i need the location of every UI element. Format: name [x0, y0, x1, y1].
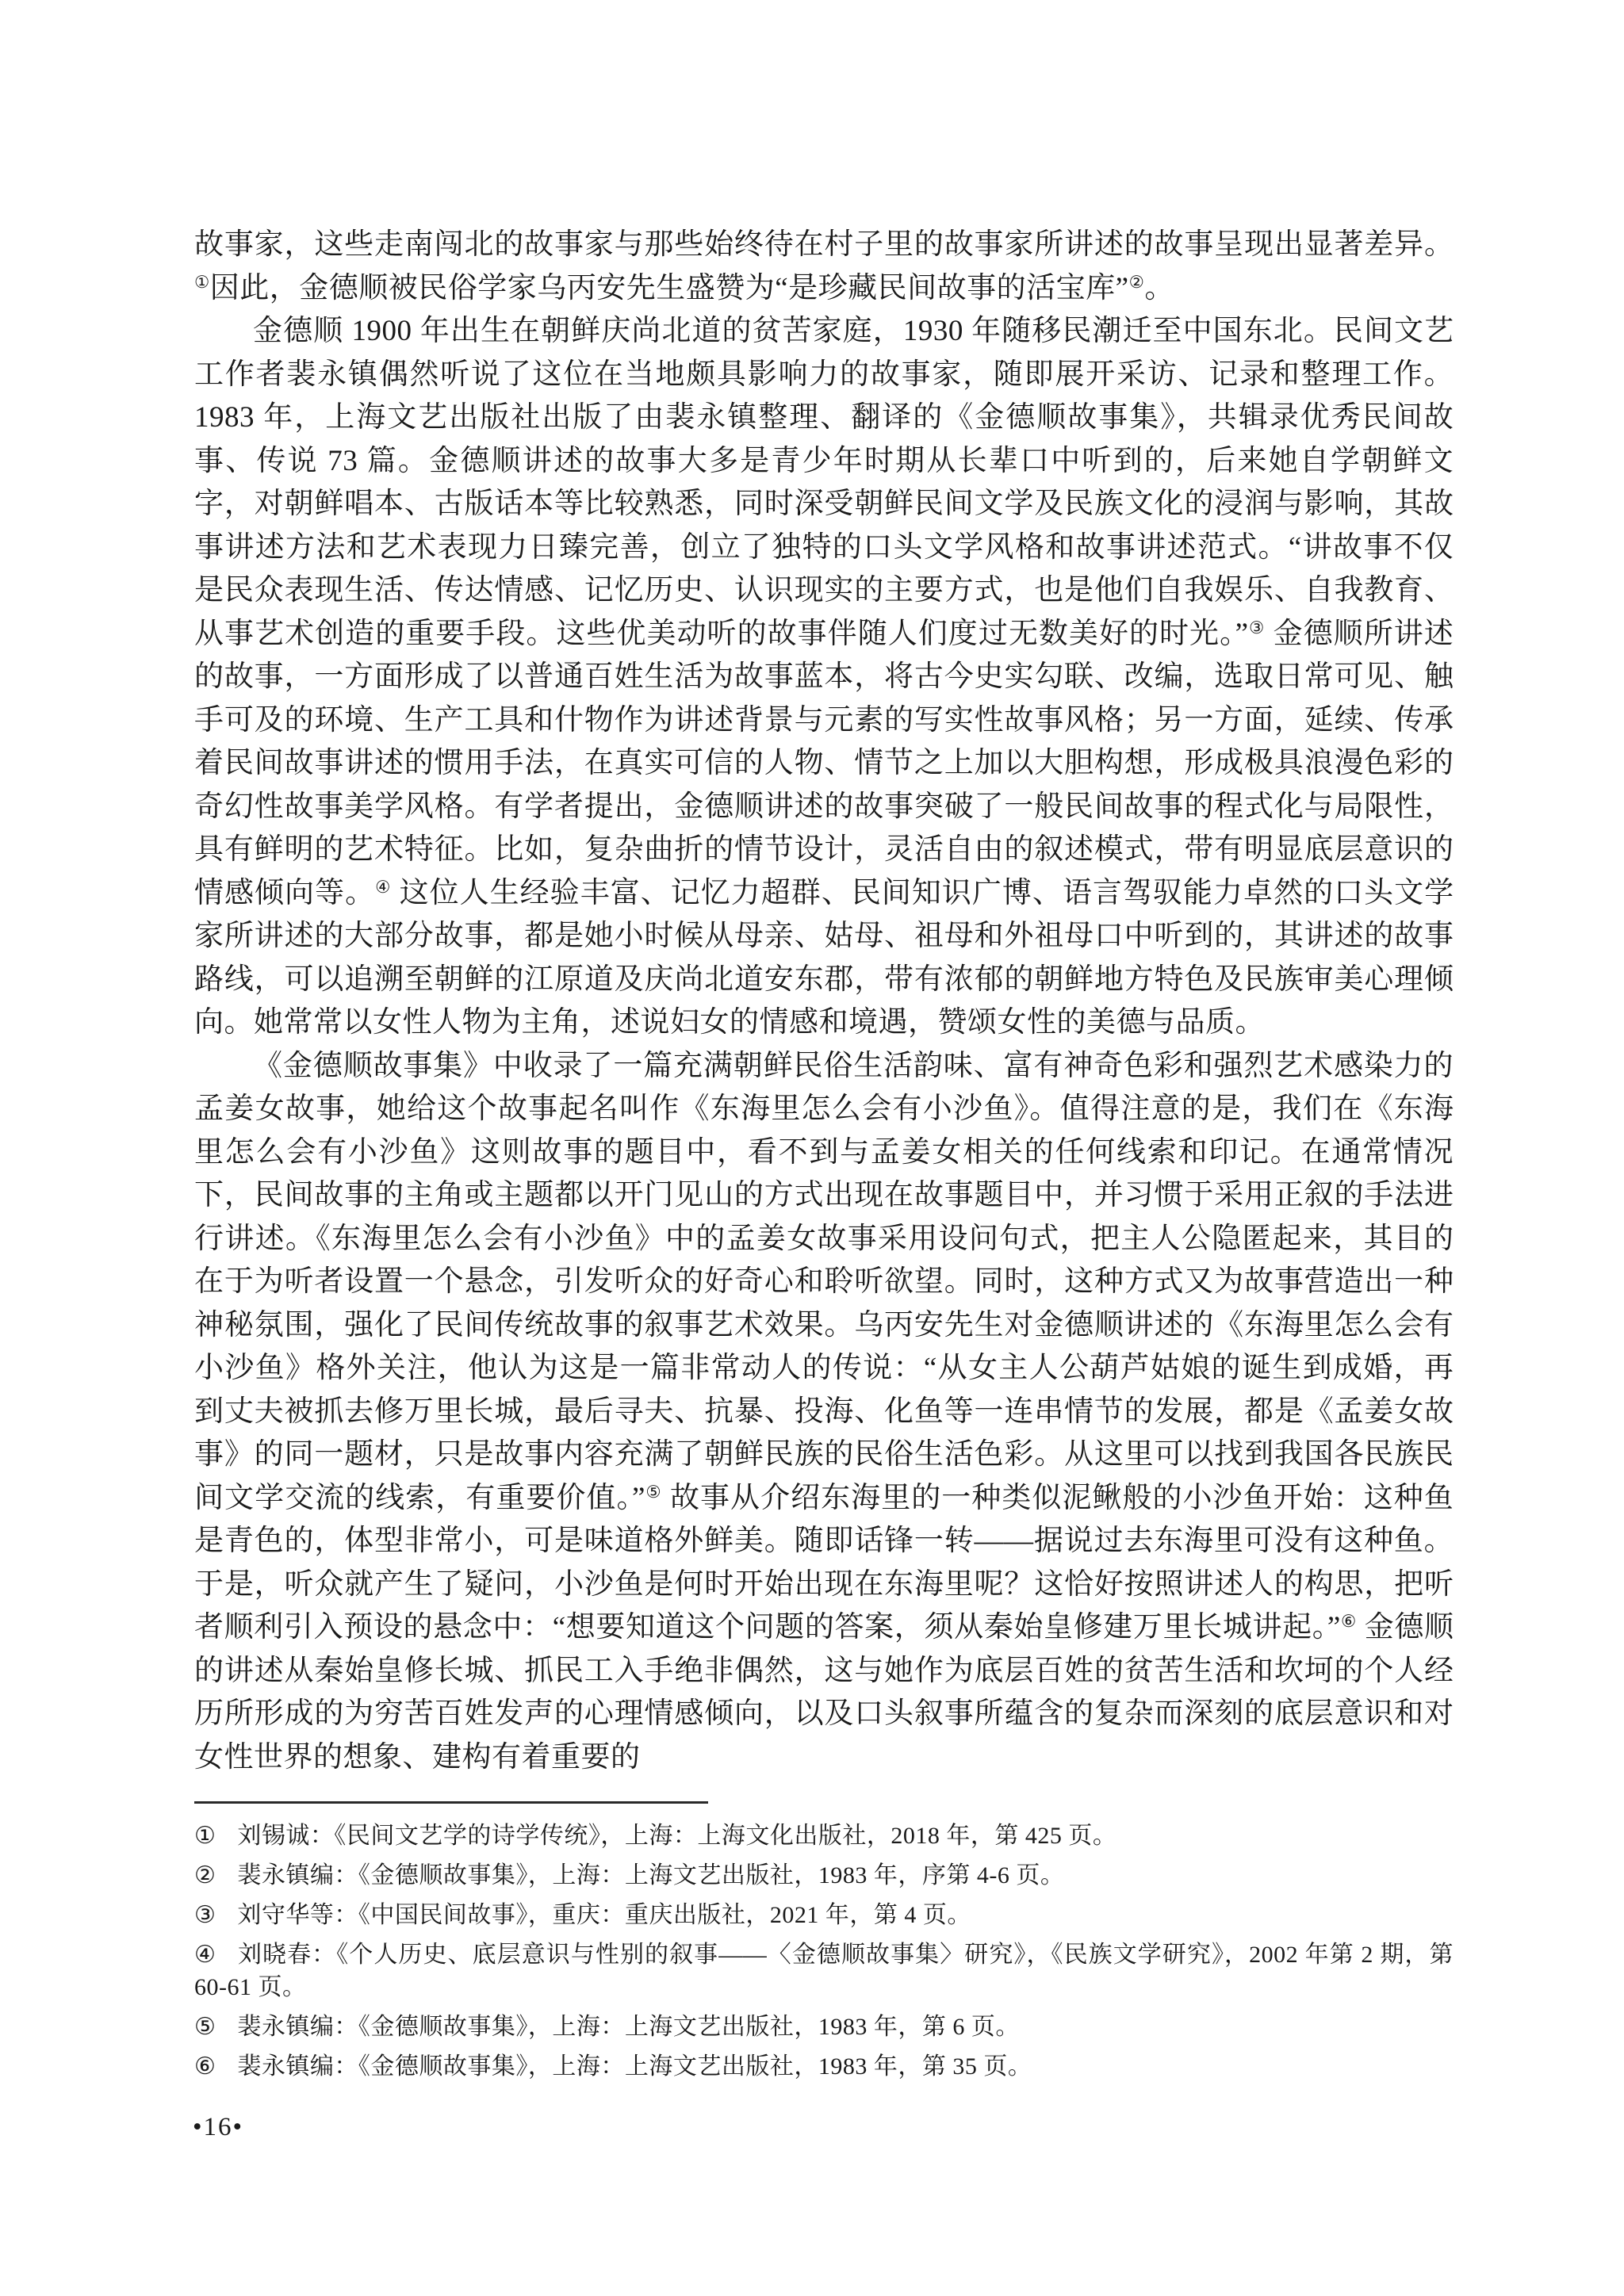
journal-page: { "document": { "page_number": "•16•", "… — [0, 0, 1624, 2296]
footnote-item-2: ②裴永镇编：《金德顺故事集》，上海：上海文艺出版社，1983 年，序第 4-6 … — [194, 1859, 1454, 1892]
page-number: •16• — [193, 2113, 243, 2142]
footnote-text: 裴永镇编：《金德顺故事集》，上海：上海文艺出版社，1983 年，第 6 页。 — [237, 2014, 1020, 2040]
footnote-ref-marker: ① — [194, 273, 210, 292]
footnote-text: 刘晓春：《个人历史、底层意识与性别的叙事——〈金德顺故事集〉研究》，《民族文学研… — [194, 1942, 1454, 2000]
footnote-ref-marker: ② — [1129, 273, 1145, 292]
footnote-marker: ③ — [194, 1902, 216, 1928]
footnote-marker: ⑥ — [194, 2053, 216, 2080]
body-paragraph-3: 《金德顺故事集》中收录了一篇充满朝鲜民俗生活韵味、富有神奇色彩和强烈艺术感染力的… — [194, 1045, 1454, 1780]
footnote-item-1: ①刘锡诚：《民间文艺学的诗学传统》，上海：上海文化出版社，2018 年，第 42… — [194, 1820, 1454, 1852]
footnote-marker: ④ — [194, 1942, 216, 1968]
footnote-text: 裴永镇编：《金德顺故事集》，上海：上海文艺出版社，1983 年，序第 4-6 页… — [237, 1862, 1064, 1888]
footnote-ref-marker: ④ — [375, 878, 391, 897]
footnotes-section: ①刘锡诚：《民间文艺学的诗学传统》，上海：上海文化出版社，2018 年，第 42… — [194, 1801, 1454, 2090]
footnote-item-6: ⑥裴永镇编：《金德顺故事集》，上海：上海文艺出版社，1983 年，第 35 页。 — [194, 2050, 1454, 2083]
footnote-marker: ① — [194, 1823, 216, 1849]
footnote-item-5: ⑤裴永镇编：《金德顺故事集》，上海：上海文艺出版社，1983 年，第 6 页。 — [194, 2011, 1454, 2043]
body-paragraph-2: 金德顺 1900 年出生在朝鲜庆尚北道的贫苦家庭，1930 年随移民潮迁至中国东… — [194, 310, 1454, 1045]
footnote-text: 刘锡诚：《民间文艺学的诗学传统》，上海：上海文化出版社，2018 年，第 425… — [237, 1823, 1116, 1849]
footnote-item-3: ③刘守华等：《中国民间故事》，重庆：重庆出版社，2021 年，第 4 页。 — [194, 1899, 1454, 1931]
page-body-text: 故事家，这些走南闯北的故事家与那些始终待在村子里的故事家所讲述的故事呈现出显著差… — [194, 224, 1454, 1779]
footnote-separator-rule — [194, 1801, 708, 1804]
footnote-text: 刘守华等：《中国民间故事》，重庆：重庆出版社，2021 年，第 4 页。 — [237, 1902, 971, 1928]
footnote-text: 裴永镇编：《金德顺故事集》，上海：上海文艺出版社，1983 年，第 35 页。 — [237, 2053, 1032, 2080]
footnote-ref-marker: ⑤ — [645, 1483, 662, 1502]
footnote-ref-marker: ⑥ — [1341, 1612, 1357, 1631]
footnote-marker: ② — [194, 1862, 216, 1888]
footnote-ref-marker: ③ — [1249, 618, 1266, 637]
footnote-marker: ⑤ — [194, 2014, 216, 2040]
footnote-item-4: ④刘晓春：《个人历史、底层意识与性别的叙事——〈金德顺故事集〉研究》，《民族文学… — [194, 1938, 1454, 2003]
body-paragraph-1: 故事家，这些走南闯北的故事家与那些始终待在村子里的故事家所讲述的故事呈现出显著差… — [194, 224, 1454, 310]
